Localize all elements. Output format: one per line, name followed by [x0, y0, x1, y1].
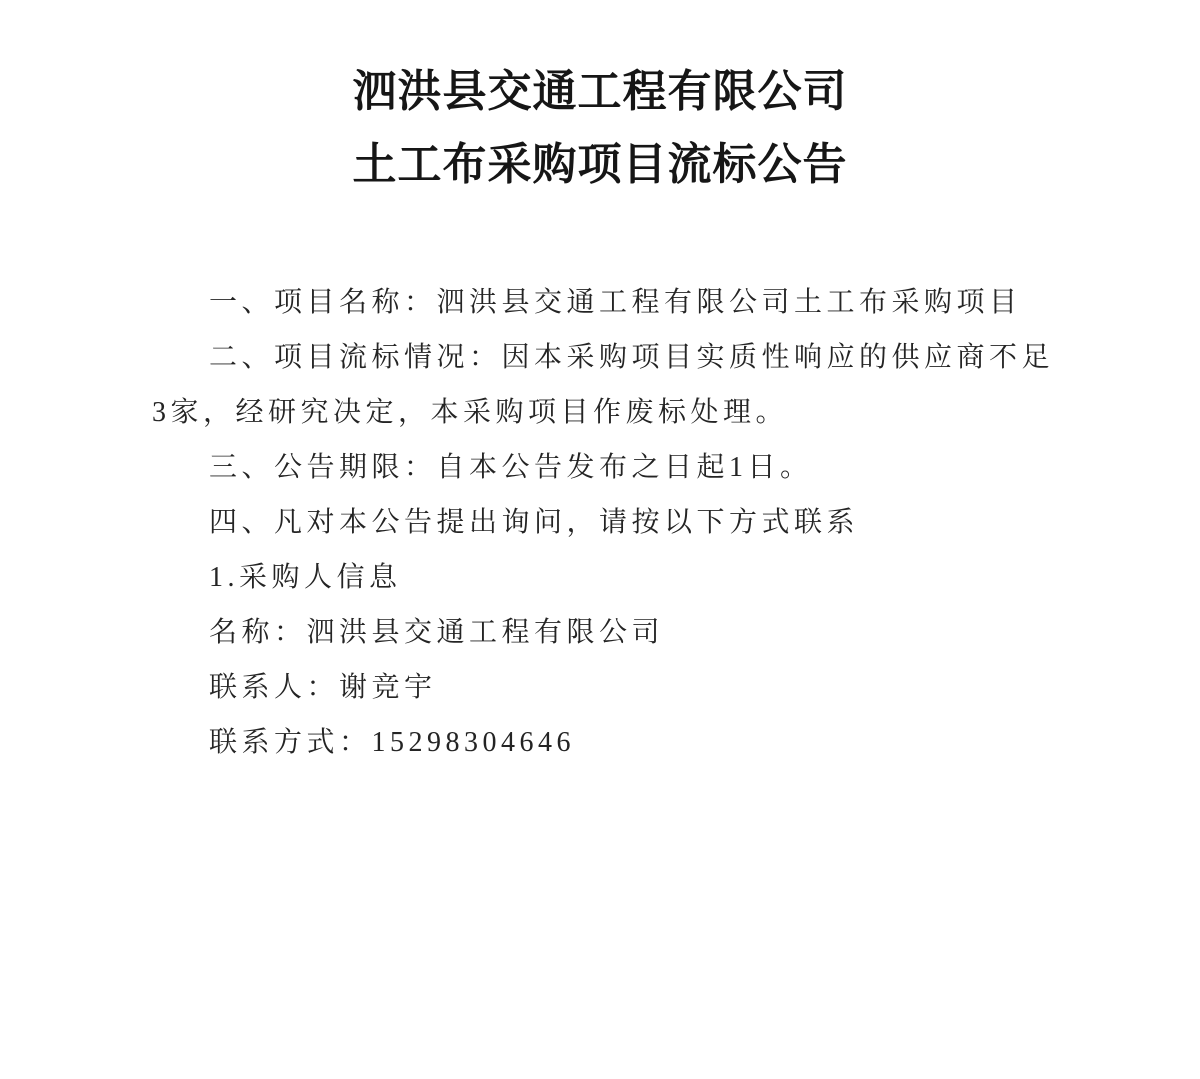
announcement-period-line: 三、公告期限：自本公告发布之日起1日。: [152, 440, 1112, 495]
contact-person-line: 联系人：谢竞宇: [152, 660, 1112, 715]
title-line-company: 泗洪县交通工程有限公司: [0, 55, 1200, 128]
document-body: 一、项目名称：泗洪县交通工程有限公司土工布采购项目 二、项目流标情况：因本采购项…: [152, 275, 1112, 770]
bid-failure-status-line: 二、项目流标情况：因本采购项目实质性响应的供应商不足: [152, 330, 1112, 385]
bid-failure-status-continuation-line: 3家，经研究决定，本采购项目作废标处理。: [152, 385, 1112, 440]
document-page: 泗洪县交通工程有限公司 土工布采购项目流标公告 一、项目名称：泗洪县交通工程有限…: [0, 0, 1200, 1079]
title-line-announcement: 土工布采购项目流标公告: [0, 128, 1200, 201]
purchaser-info-heading-line: 1.采购人信息: [152, 550, 1112, 605]
purchaser-name-line: 名称：泗洪县交通工程有限公司: [152, 605, 1112, 660]
inquiry-contact-line: 四、凡对本公告提出询问，请按以下方式联系: [152, 495, 1112, 550]
project-name-line: 一、项目名称：泗洪县交通工程有限公司土工布采购项目: [152, 275, 1112, 330]
document-title: 泗洪县交通工程有限公司 土工布采购项目流标公告: [0, 55, 1200, 201]
contact-phone-line: 联系方式：15298304646: [152, 715, 1112, 770]
